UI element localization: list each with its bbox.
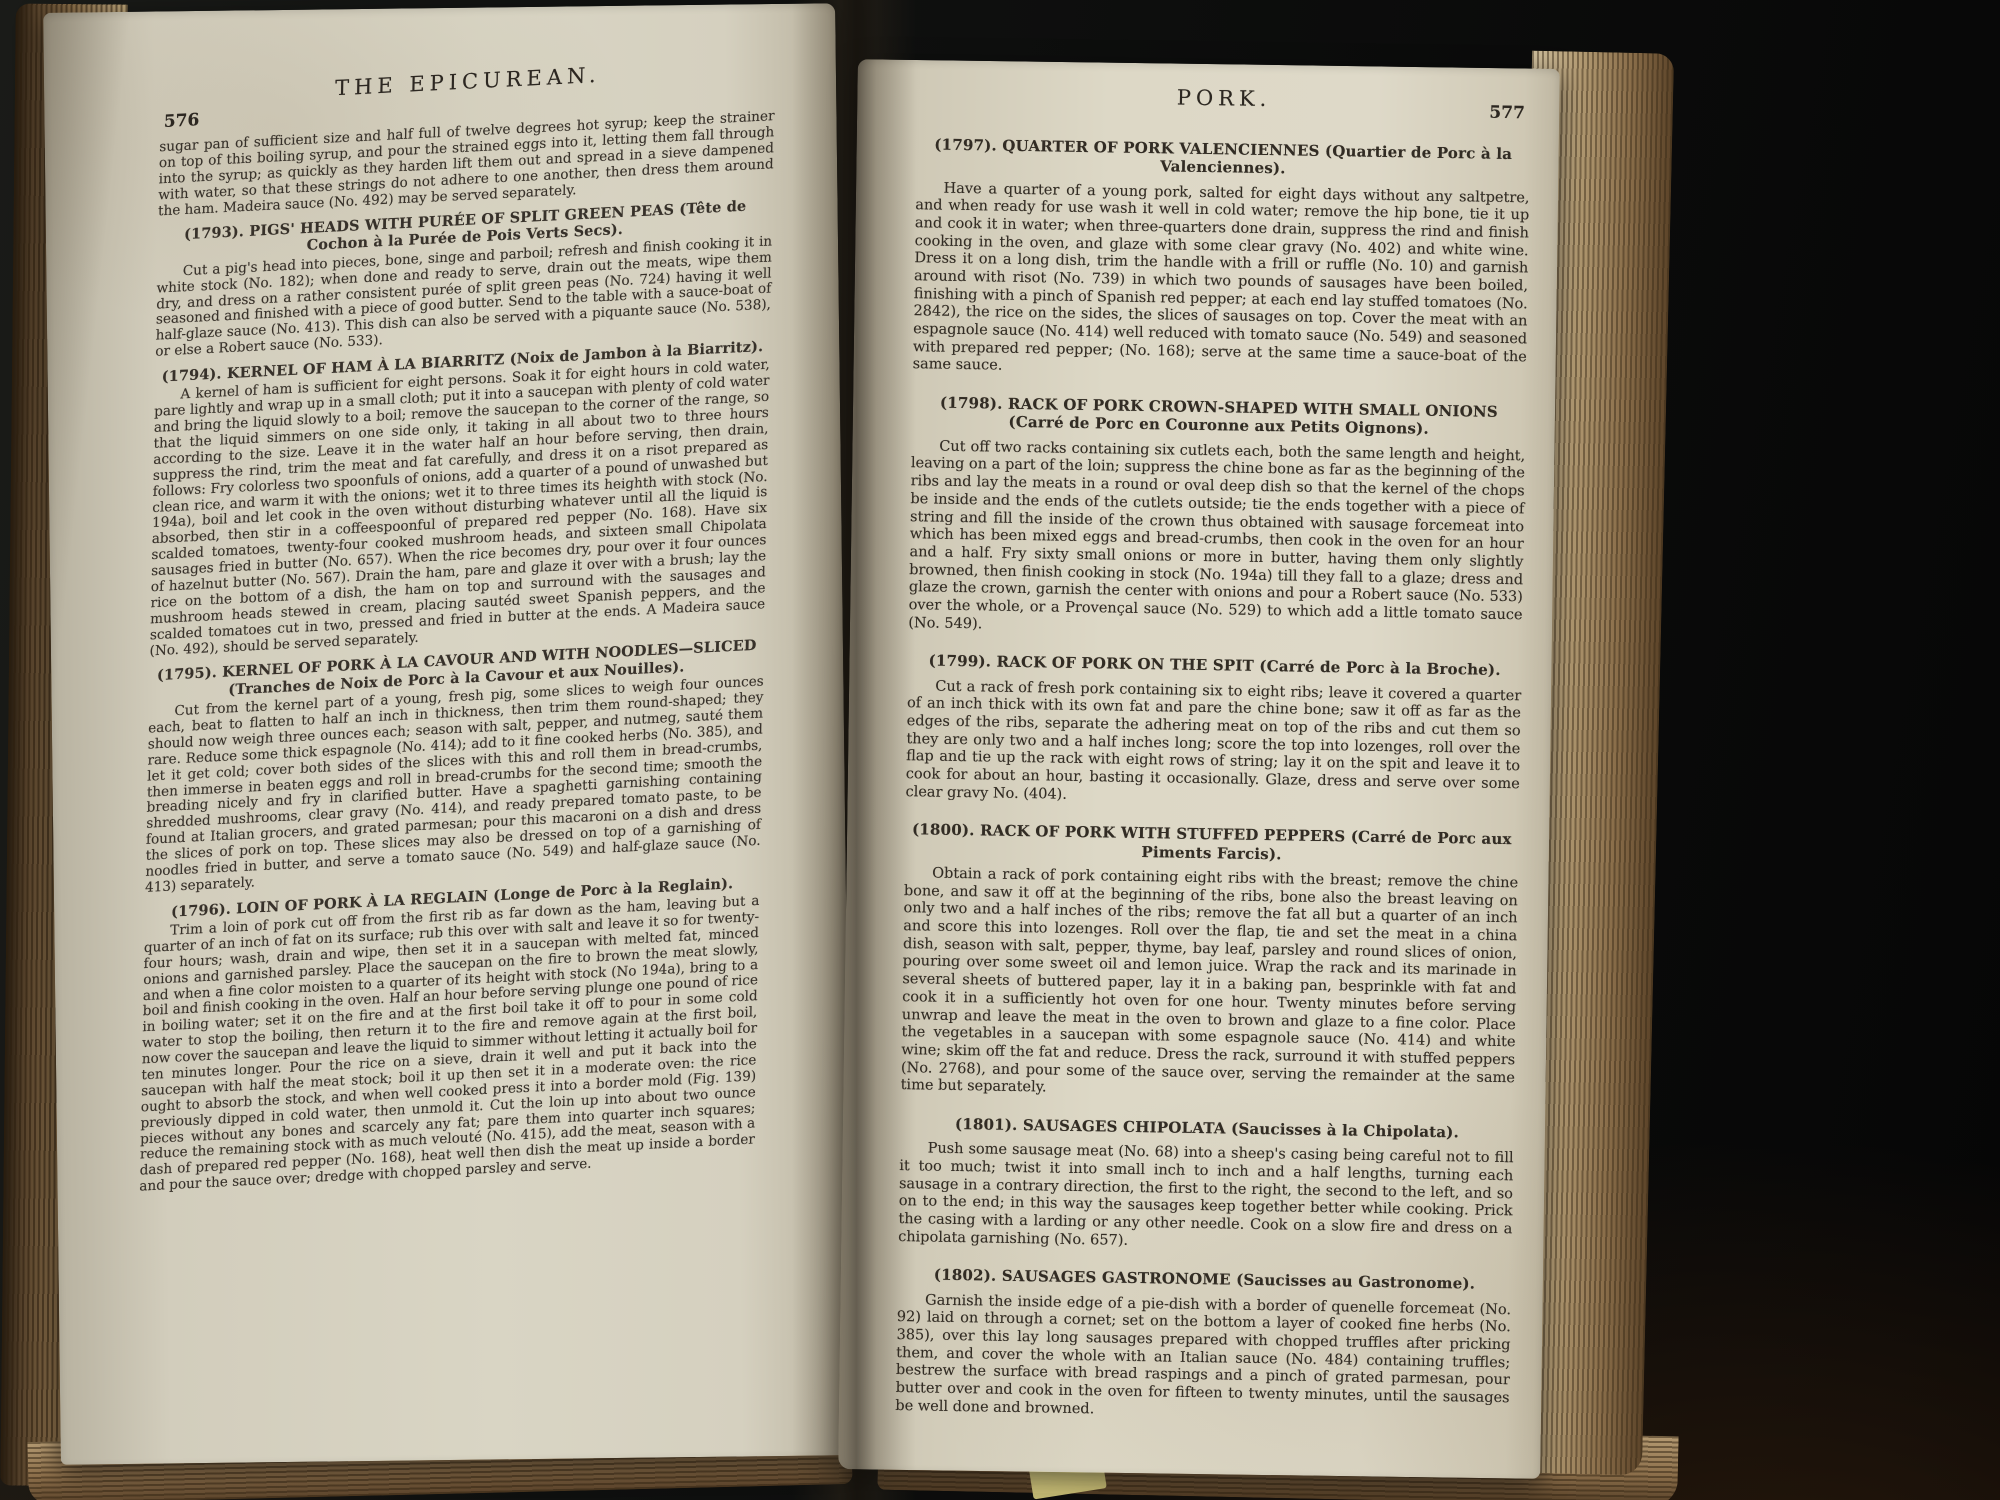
section-body: Cut off two racks containing six cutlets… — [908, 438, 1525, 643]
section-heading: (1801). SAUSAGES CHIPOLATA (Saucisses à … — [900, 1114, 1514, 1142]
section-heading: (1802). SAUSAGES GASTRONOME (Saucisses a… — [897, 1265, 1511, 1293]
section-heading: (1798). RACK OF PORK CROWN-SHAPED WITH S… — [912, 393, 1527, 440]
section-heading: (1800). RACK OF PORK WITH STUFFED PEPPER… — [904, 821, 1519, 868]
section-heading: (1799). RACK OF PORK ON THE SPIT (Carré … — [908, 651, 1522, 679]
section-body: Trim a loin of pork cut off from the fir… — [139, 894, 759, 1196]
running-head-right: PORK. — [917, 81, 1531, 115]
running-head-left: THE EPICUREAN. — [160, 54, 776, 109]
right-page-text: PORK. 577 (1797). QUARTER OF PORK VALENC… — [895, 81, 1531, 1425]
section-body: Cut from the kernel part of a young, fre… — [145, 674, 764, 896]
left-page-sections: (1793). PIGS' HEADS WITH PURÉE OF SPLIT … — [139, 196, 773, 1195]
left-page-text: THE EPICUREAN. 576 sugar pan of sufficie… — [139, 54, 776, 1196]
section-heading: (1797). QUARTER OF PORK VALENCIENNES (Qu… — [916, 135, 1531, 182]
section-body: A kernel of ham is sufficient for eight … — [149, 358, 769, 660]
section-body: Obtain a rack of pork containing eight r… — [901, 865, 1519, 1105]
left-page: THE EPICUREAN. 576 sugar pan of sufficie… — [43, 3, 853, 1465]
right-page-sections: (1797). QUARTER OF PORK VALENCIENNES (Qu… — [895, 135, 1530, 1425]
section-body: Push some sausage meat (No. 68) into a s… — [898, 1140, 1514, 1256]
open-book-photo: THE EPICUREAN. 576 sugar pan of sufficie… — [0, 0, 2000, 1500]
right-header-row: PORK. 577 — [917, 81, 1532, 137]
section-body: Have a quarter of a young pork, salted f… — [912, 180, 1529, 385]
section-body: Garnish the inside edge of a pie-dish wi… — [895, 1292, 1511, 1426]
page-number-left: 576 — [164, 110, 200, 132]
section-body: Cut a rack of fresh pork containing six … — [905, 678, 1521, 812]
page-number-right: 577 — [1489, 103, 1525, 124]
right-page: PORK. 577 (1797). QUARTER OF PORK VALENC… — [838, 59, 1560, 1479]
